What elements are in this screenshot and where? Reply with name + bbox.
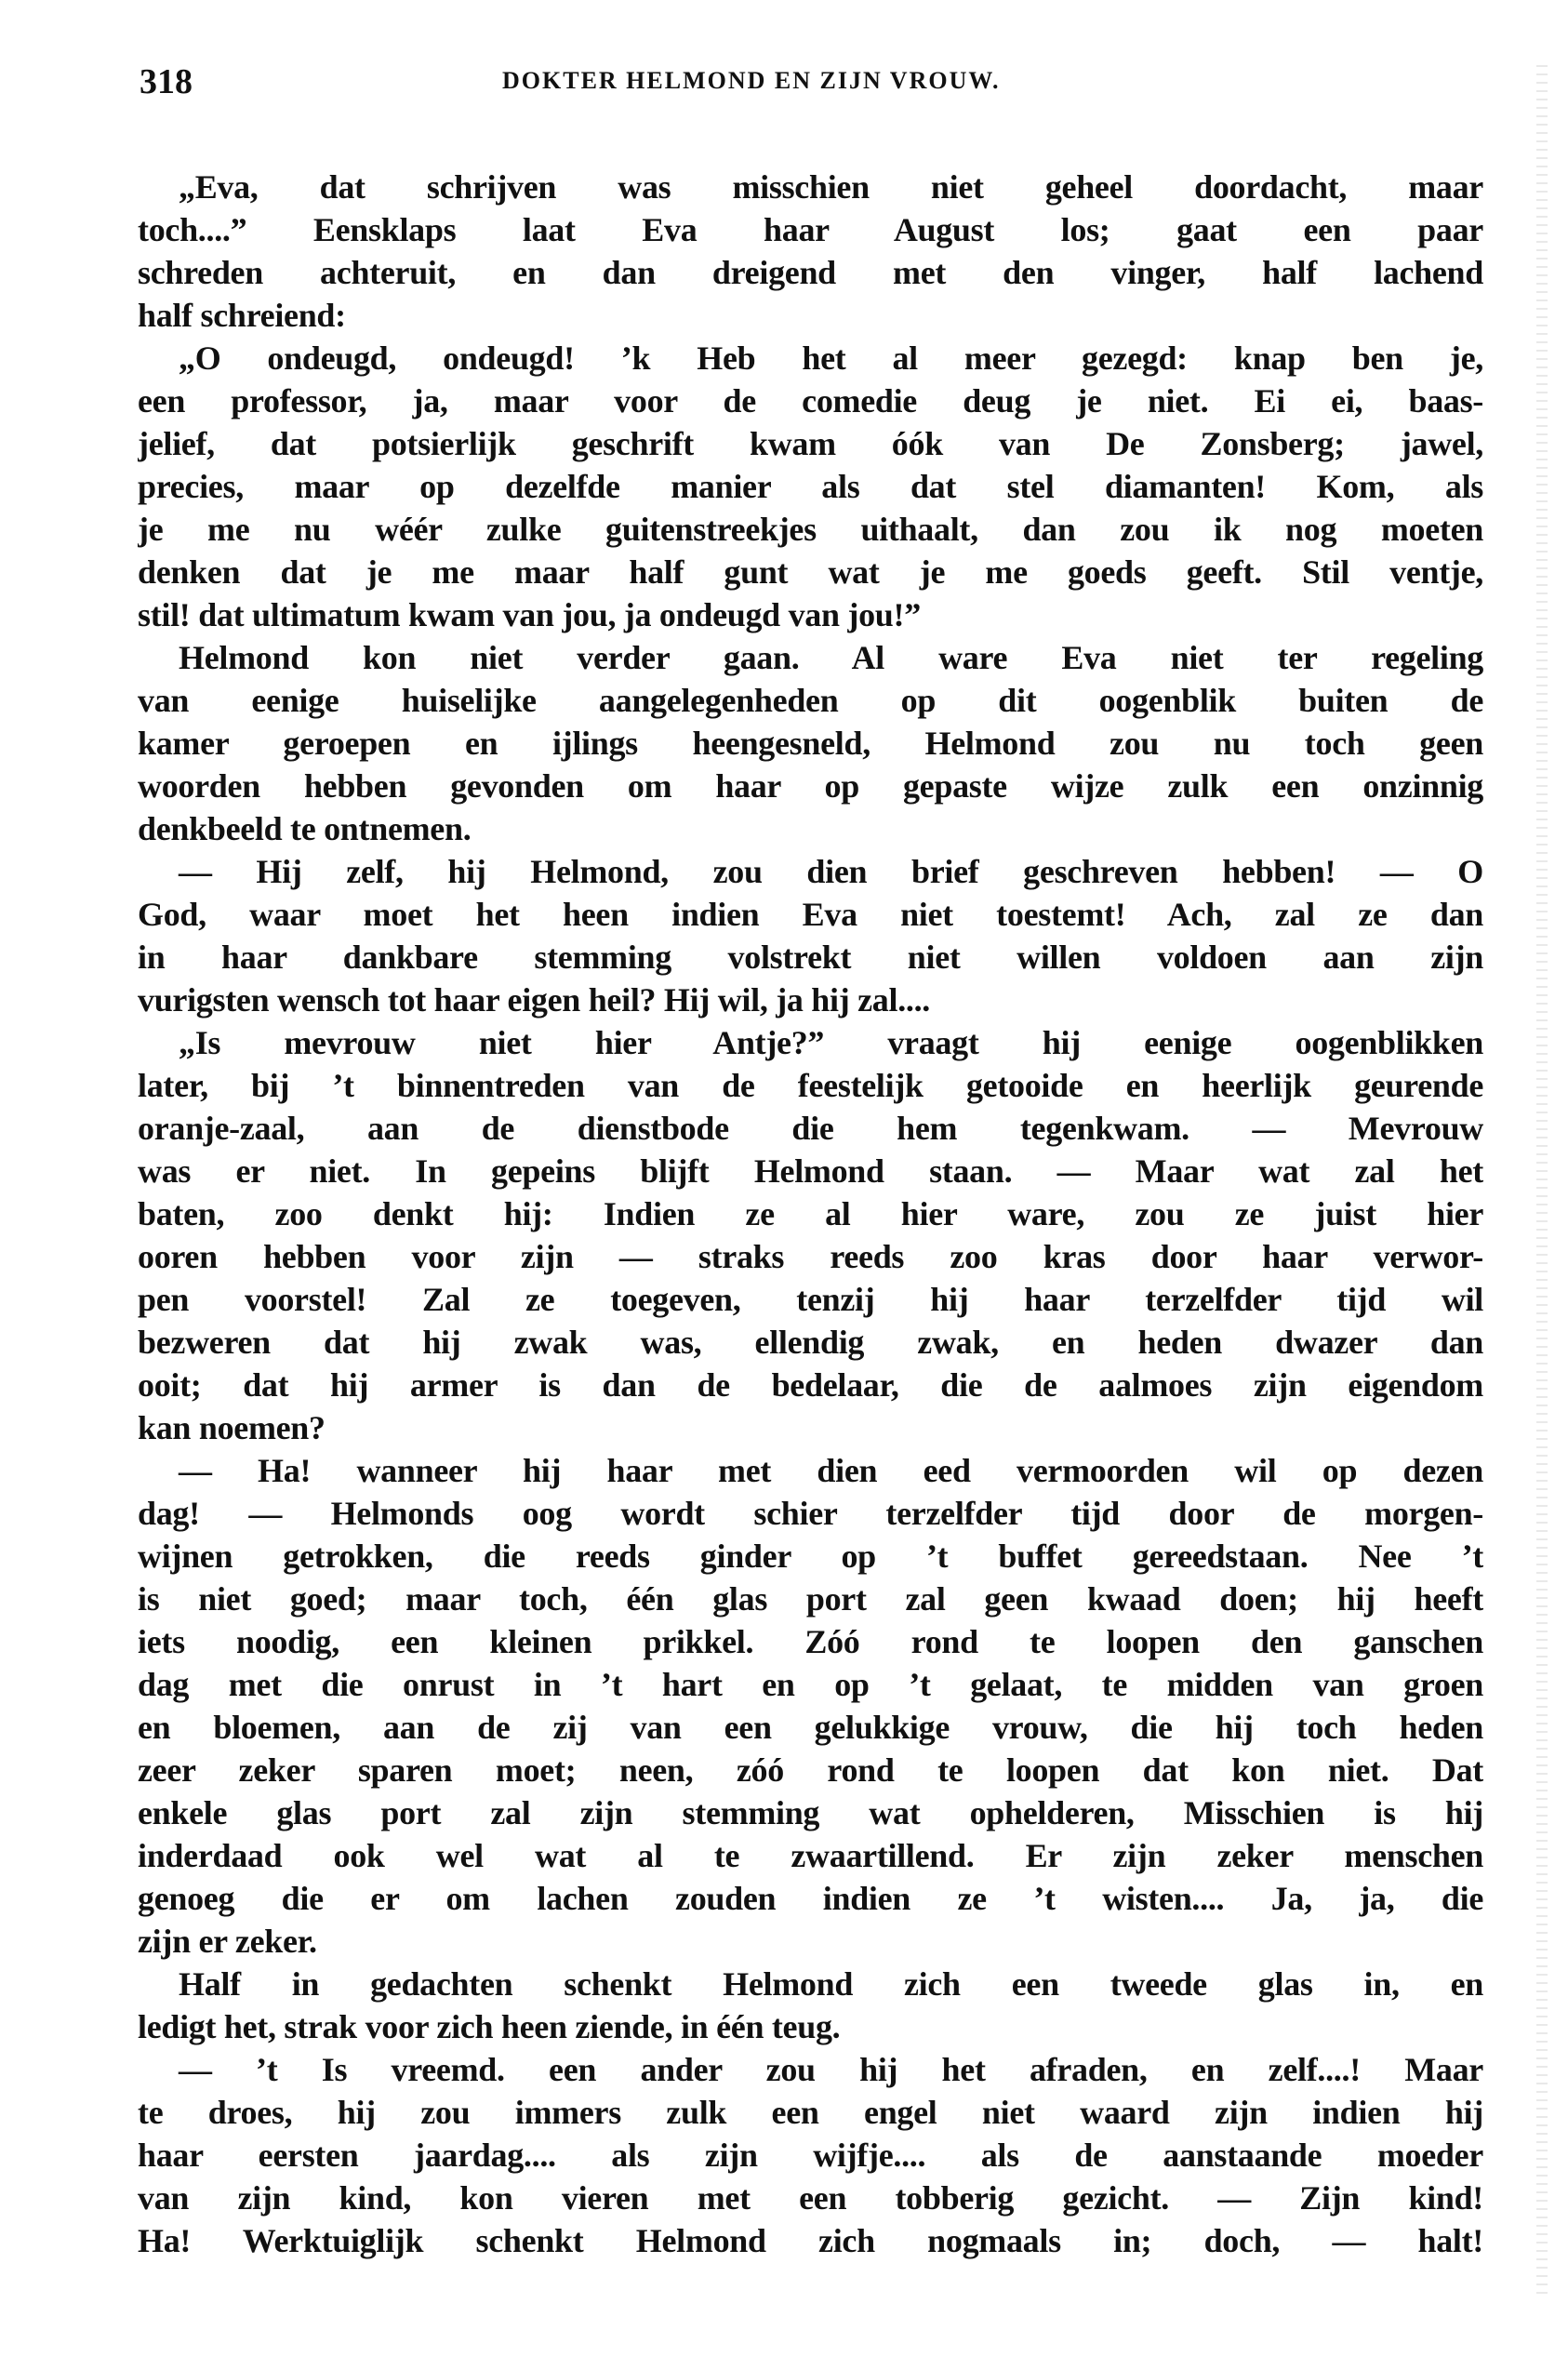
text-line: een professor, ja, maar voor de comedie … bbox=[138, 379, 1483, 422]
text-line: stil! dat ultimatum kwam van jou, ja ond… bbox=[138, 593, 1483, 636]
page-edge-shadow bbox=[1536, 65, 1548, 2297]
running-header: 318 DOKTER HELMOND EN ZIJN VROUW. bbox=[140, 61, 1483, 108]
text-line: bezweren dat hij zwak was, ellendig zwak… bbox=[138, 1321, 1483, 1364]
text-line: is niet goed; maar toch, één glas port z… bbox=[138, 1578, 1483, 1620]
text-line: toch....” Eensklaps laat Eva haar August… bbox=[138, 208, 1483, 251]
text-line: Ha! Werktuiglijk schenkt Helmond zich no… bbox=[138, 2219, 1483, 2262]
text-line: — Hij zelf, hij Helmond, zou dien brief … bbox=[138, 850, 1483, 893]
text-line: enkele glas port zal zijn stemming wat o… bbox=[138, 1791, 1483, 1834]
text-line: precies, maar op dezelfde manier als dat… bbox=[138, 465, 1483, 508]
text-line: ledigt het, strak voor zich heen ziende,… bbox=[138, 2005, 1483, 2048]
text-line: — ’t Is vreemd. een ander zou hij het af… bbox=[138, 2048, 1483, 2091]
text-line: was er niet. In gepeins blijft Helmond s… bbox=[138, 1150, 1483, 1192]
text-line: ooit; dat hij armer is dan de bedelaar, … bbox=[138, 1364, 1483, 1406]
text-line: half schreiend: bbox=[138, 294, 1483, 337]
text-line: „Is mevrouw niet hier Antje?” vraagt hij… bbox=[138, 1021, 1483, 1064]
text-line: schreden achteruit, en dan dreigend met … bbox=[138, 251, 1483, 294]
text-line: kamer geroepen en ijlings heengesneld, H… bbox=[138, 722, 1483, 765]
text-line: woorden hebben gevonden om haar op gepas… bbox=[138, 765, 1483, 807]
text-line: jelief, dat potsierlijk geschrift kwam ó… bbox=[138, 422, 1483, 465]
running-title: DOKTER HELMOND EN ZIJN VROUW. bbox=[502, 67, 1000, 95]
text-line: genoeg die er om lachen zouden indien ze… bbox=[138, 1877, 1483, 1920]
text-line: pen voorstel! Zal ze toegeven, tenzij hi… bbox=[138, 1278, 1483, 1321]
text-line: iets noodig, een kleinen prikkel. Zóó ro… bbox=[138, 1620, 1483, 1663]
text-line: kan noemen? bbox=[138, 1406, 1483, 1449]
text-line: ooren hebben voor zijn — straks reeds zo… bbox=[138, 1235, 1483, 1278]
text-line: je me nu wéér zulke guitenstreekjes uith… bbox=[138, 508, 1483, 551]
text-line: vurigsten wensch tot haar eigen heil? Hi… bbox=[138, 979, 1483, 1021]
text-line: dag! — Helmonds oog wordt schier terzelf… bbox=[138, 1492, 1483, 1535]
text-line: later, bij ’t binnentreden van de feeste… bbox=[138, 1064, 1483, 1107]
text-line: en bloemen, aan de zij van een gelukkige… bbox=[138, 1706, 1483, 1749]
text-line: denken dat je me maar half gunt wat je m… bbox=[138, 551, 1483, 593]
text-line: God, waar moet het heen indien Eva niet … bbox=[138, 893, 1483, 936]
text-line: oranje-zaal, aan de dienstbode die hem t… bbox=[138, 1107, 1483, 1150]
text-line: zeer zeker sparen moet; neen, zóó rond t… bbox=[138, 1749, 1483, 1791]
text-line: van eenige huiselijke aangelegenheden op… bbox=[138, 679, 1483, 722]
text-line: haar eersten jaardag.... als zijn wijfje… bbox=[138, 2134, 1483, 2177]
text-line: Half in gedachten schenkt Helmond zich e… bbox=[138, 1963, 1483, 2005]
text-line: dag met die onrust in ’t hart en op ’t g… bbox=[138, 1663, 1483, 1706]
text-line: baten, zoo denkt hij: Indien ze al hier … bbox=[138, 1192, 1483, 1235]
text-line: „Eva, dat schrijven was misschien niet g… bbox=[138, 166, 1483, 208]
body-text: „Eva, dat schrijven was misschien niet g… bbox=[138, 166, 1483, 2262]
text-line: Helmond kon niet verder gaan. Al ware Ev… bbox=[138, 636, 1483, 679]
text-line: „O ondeugd, ondeugd! ’k Heb het al meer … bbox=[138, 337, 1483, 379]
text-line: te droes, hij zou immers zulk een engel … bbox=[138, 2091, 1483, 2134]
text-line: zijn er zeker. bbox=[138, 1920, 1483, 1963]
text-line: — Ha! wanneer hij haar met dien eed verm… bbox=[138, 1449, 1483, 1492]
text-line: inderdaad ook wel wat al te zwaartillend… bbox=[138, 1834, 1483, 1877]
text-line: wijnen getrokken, die reeds ginder op ’t… bbox=[138, 1535, 1483, 1578]
text-line: in haar dankbare stemming volstrekt niet… bbox=[138, 936, 1483, 979]
text-line: van zijn kind, kon vieren met een tobber… bbox=[138, 2177, 1483, 2219]
page-number: 318 bbox=[140, 61, 193, 102]
text-line: denkbeeld te ontnemen. bbox=[138, 807, 1483, 850]
